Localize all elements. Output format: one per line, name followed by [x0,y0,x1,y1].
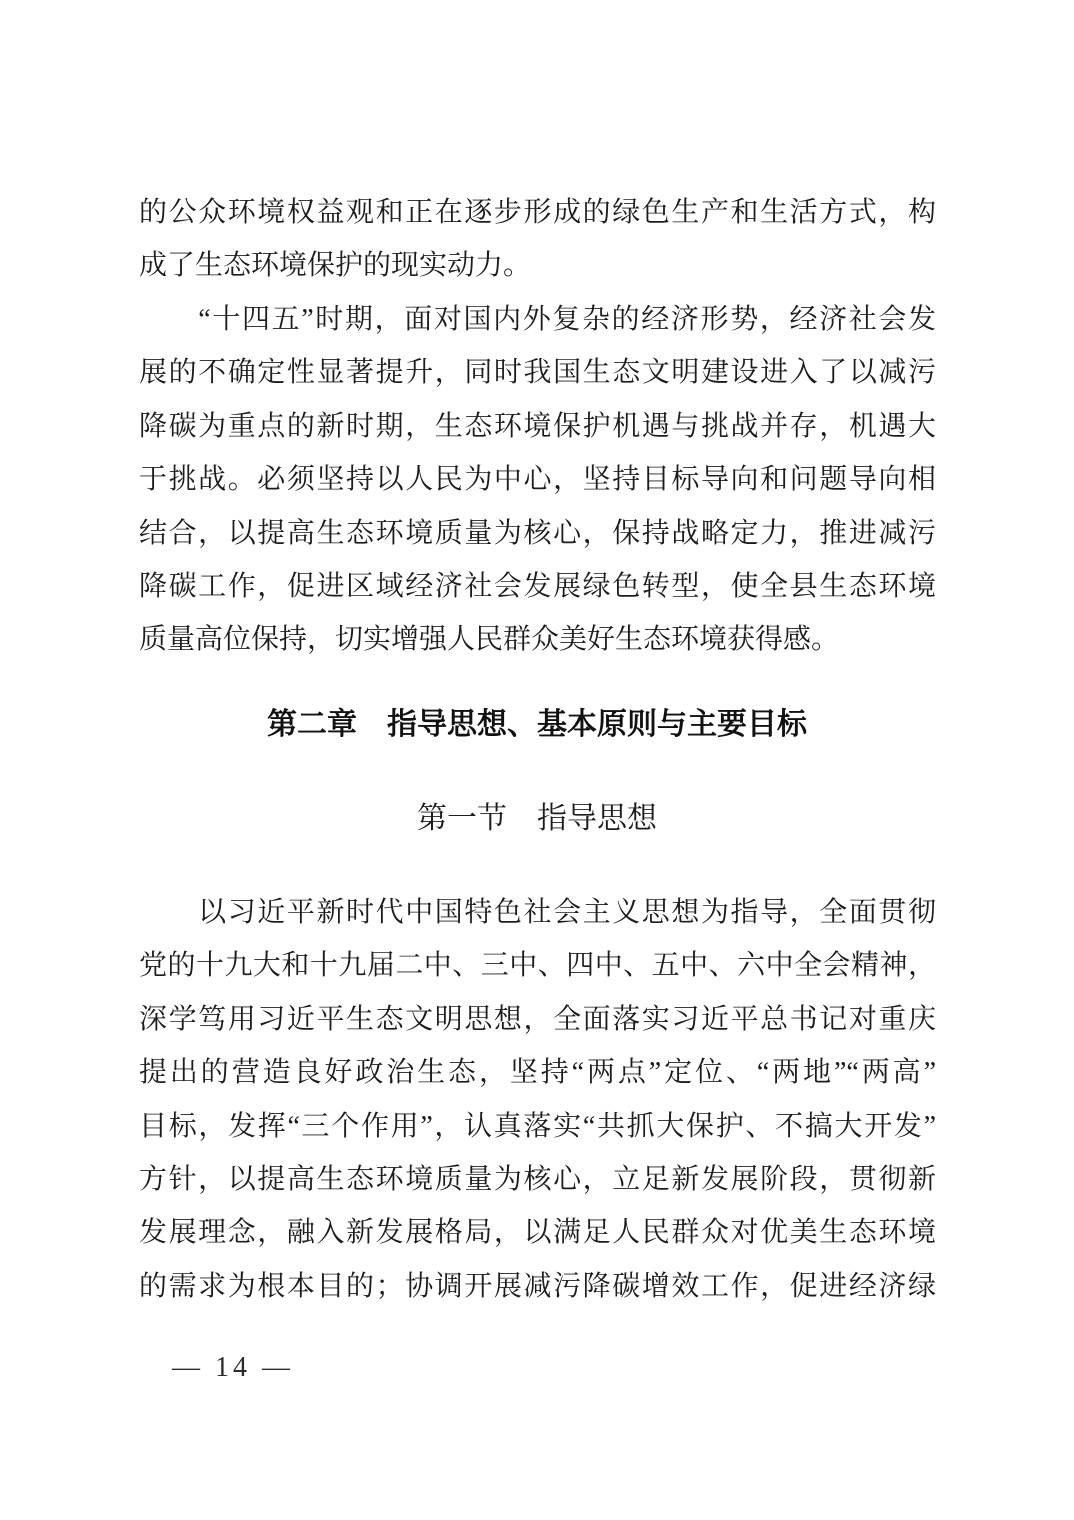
text-line: “十四五”时期，面对国内外复杂的经济形势，经济社会发 [139,293,936,346]
text-line: 深学笃用习近平生态文明思想，全面落实习近平总书记对重庆 [139,993,936,1046]
text-line: 降碳工作，促进区域经济社会发展绿色转型，使全县生态环境 [139,560,936,613]
paragraph-two: “十四五”时期，面对国内外复杂的经济形势，经济社会发 展的不确定性显著提升，同时… [139,293,936,667]
text-line: 于挑战。必须坚持以人民为中心，坚持目标导向和问题导向相 [139,453,936,506]
document-page: 的公众环境权益观和正在逐步形成的绿色生产和生活方式，构 成了生态环境保护的现实动… [0,0,1074,1520]
paragraph-three: 以习近平新时代中国特色社会主义思想为指导，全面贯彻 党的十九大和十九届二中、三中… [139,886,936,1313]
text-line: 降碳为重点的新时期，生态环境保护机遇与挑战并存，机遇大 [139,400,936,453]
text-line: 的公众环境权益观和正在逐步形成的绿色生产和生活方式，构 [139,186,936,239]
text-line: 的需求为根本目的；协调开展减污降碳增效工作，促进经济绿 [139,1260,936,1313]
section-heading: 第一节 指导思想 [0,799,1074,839]
paragraph-continued: 的公众环境权益观和正在逐步形成的绿色生产和生活方式，构 成了生态环境保护的现实动… [139,186,936,293]
text-line: 结合，以提高生态环境质量为核心，保持战略定力，推进减污 [139,507,936,560]
text-line: 目标，发挥“三个作用”，认真落实“共抓大保护、不搞大开发” [139,1100,936,1153]
text-line: 展的不确定性显著提升，同时我国生态文明建设进入了以减污 [139,346,936,399]
text-line: 方针，以提高生态环境质量为核心，立足新发展阶段，贯彻新 [139,1153,936,1206]
text-line: 党的十九大和十九届二中、三中、四中、五中、六中全会精神， [139,939,936,992]
text-line: 成了生态环境保护的现实动力。 [139,239,936,292]
text-line: 以习近平新时代中国特色社会主义思想为指导，全面贯彻 [139,886,936,939]
chapter-heading: 第二章 指导思想、基本原则与主要目标 [0,703,1074,747]
text-line: 提出的营造良好政治生态，坚持“两点”定位、“两地”“两高” [139,1046,936,1099]
text-line: 发展理念，融入新发展格局，以满足人民群众对优美生态环境 [139,1206,936,1259]
page-number: — 14 — [172,1350,294,1386]
text-line: 质量高位保持，切实增强人民群众美好生态环境获得感。 [139,613,936,666]
